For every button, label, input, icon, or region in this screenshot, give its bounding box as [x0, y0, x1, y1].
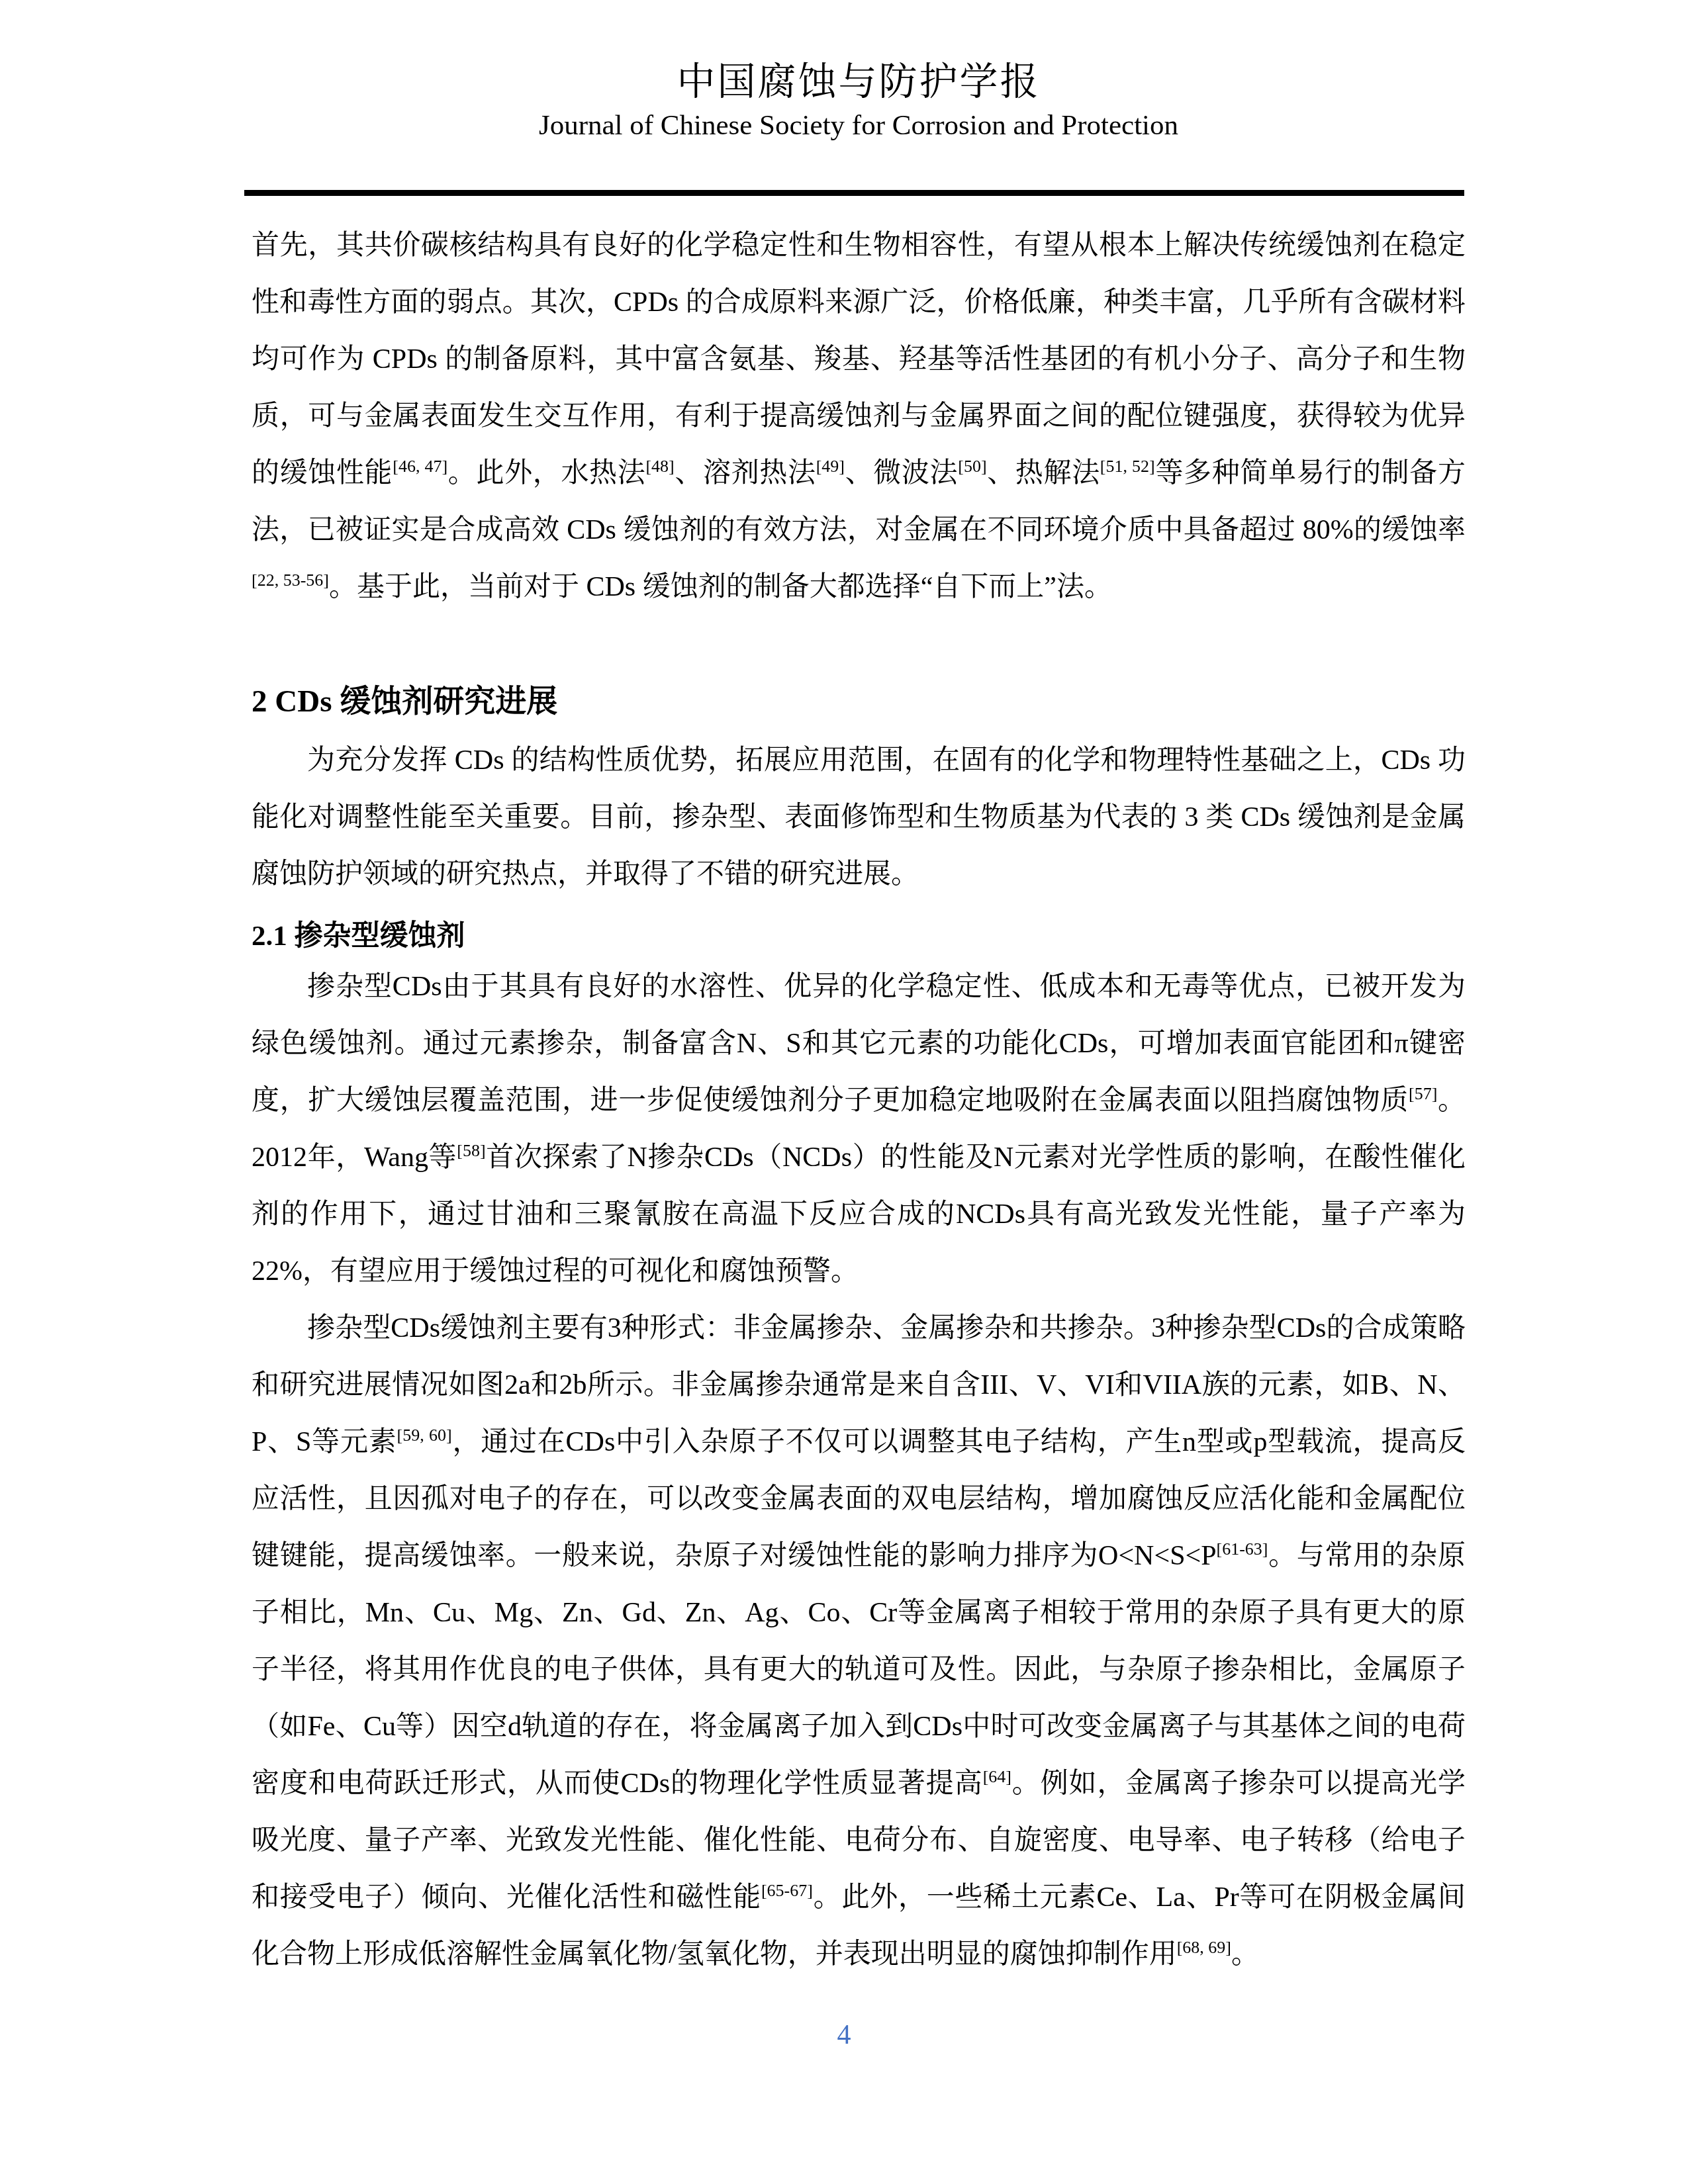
citation-superscript: [51, 52] — [1100, 457, 1155, 476]
section-2-1-heading: 2.1 掺杂型缓蚀剂 — [252, 919, 1466, 954]
citation-superscript: [22, 53-56] — [252, 570, 329, 590]
citation-superscript: [64] — [983, 1767, 1011, 1786]
citation-superscript: [61-63] — [1217, 1539, 1268, 1559]
citation-superscript: [49] — [816, 457, 845, 476]
citation-superscript: [68, 69] — [1177, 1938, 1231, 1957]
citation-superscript: [46, 47] — [393, 457, 447, 476]
paragraph-doping-forms: 掺杂型CDs缓蚀剂主要有3种形式：非金属掺杂、金属掺杂和共掺杂。3种掺杂型CDs… — [252, 1300, 1466, 1983]
citation-superscript: [48] — [645, 457, 674, 476]
paragraph-section2-overview: 为充分发挥 CDs 的结构性质优势，拓展应用范围，在固有的化学和物理特性基础之上… — [252, 732, 1466, 903]
page-number: 4 — [0, 2019, 1688, 2052]
paragraph-cpds-intro: 首先，其共价碳核结构具有良好的化学稳定性和生物相容性，有望从根本上解决传统缓蚀剂… — [252, 217, 1466, 615]
citation-superscript: [57] — [1409, 1084, 1437, 1103]
section-2-heading: 2 CDs 缓蚀剂研究进展 — [252, 682, 1466, 721]
journal-title-chinese: 中国腐蚀与防护学报 — [252, 61, 1466, 103]
document-page: 中国腐蚀与防护学报 Journal of Chinese Society for… — [0, 0, 1688, 2184]
citation-superscript: [59, 60] — [397, 1426, 452, 1445]
header-rule-divider — [244, 190, 1464, 196]
citation-superscript: [58] — [457, 1141, 485, 1160]
paragraph-doped-cds-properties: 掺杂型CDs由于其具有良好的水溶性、优异的化学稳定性、低成本和无毒等优点，已被开… — [252, 958, 1466, 1300]
citation-superscript: [65-67] — [761, 1881, 813, 1900]
citation-superscript: [50] — [958, 457, 986, 476]
journal-title-english: Journal of Chinese Society for Corrosion… — [252, 110, 1466, 141]
